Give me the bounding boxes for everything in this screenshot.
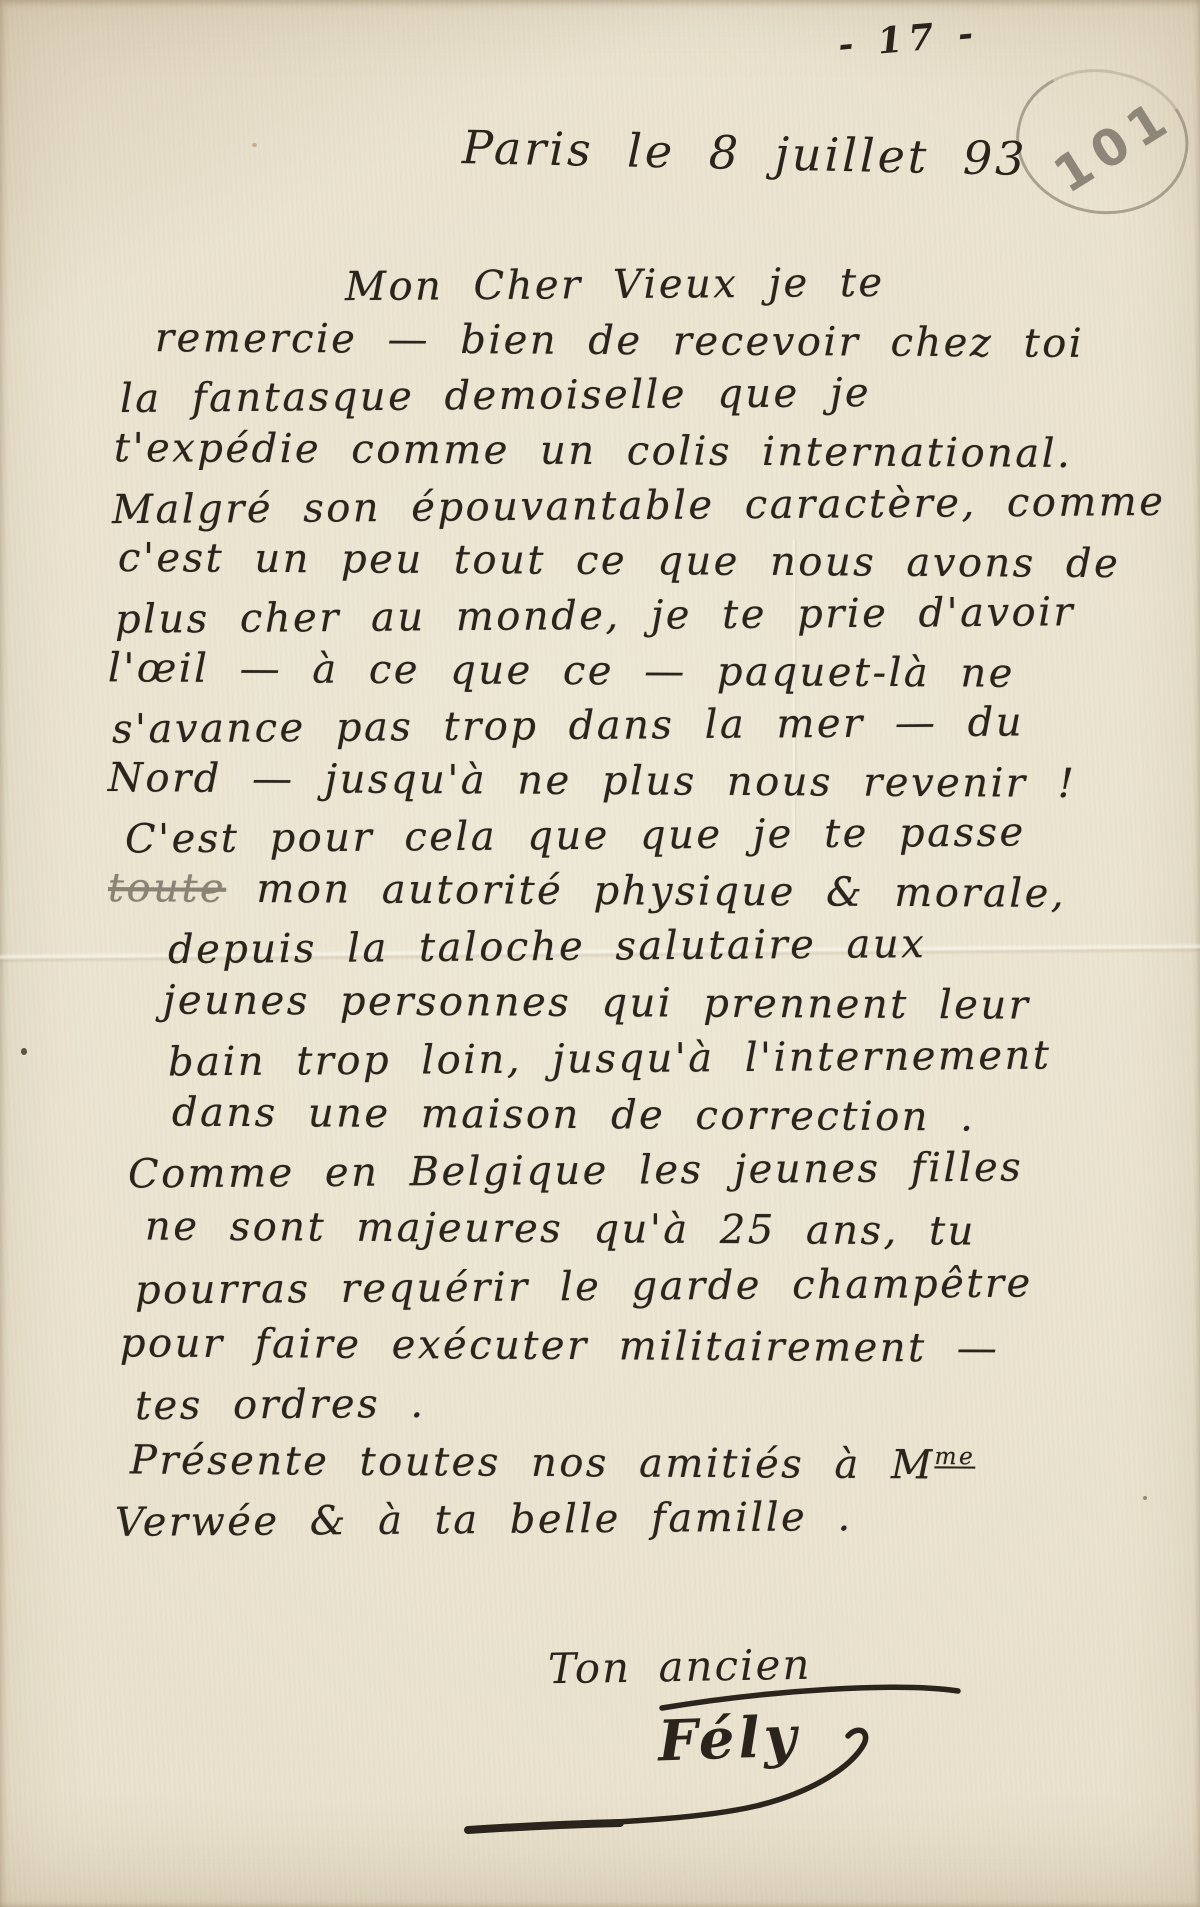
letter-line-22-text: Présente toutes nos amitiés à M	[130, 1437, 935, 1488]
mme-superscript: me	[934, 1443, 975, 1470]
paper-speck	[252, 143, 257, 147]
letter-line-13: depuis la taloche salutaire aux	[168, 921, 927, 973]
letter-line-6: c'est un peu tout ce que nous avons de	[118, 535, 1121, 587]
paper-speck	[1143, 1496, 1147, 1500]
letter-line-4: t'expédie comme un colis international.	[114, 425, 1073, 477]
letter-line-16: dans une maison de correction .	[172, 1090, 976, 1141]
letter-line-22: Présente toutes nos amitiés à Mme	[130, 1437, 975, 1488]
letter-line-21: tes ordres .	[135, 1381, 426, 1429]
letter-line-8: l'œil — à ce que ce — paquet-là ne	[108, 645, 1015, 697]
letter-line-15: bain trop loin, jusqu'à l'internement	[168, 1033, 1052, 1086]
letter-line-10: Nord — jusqu'à ne plus nous revenir !	[108, 755, 1077, 807]
letter-line-11: C'est pour cela que que je te passe	[125, 809, 1026, 862]
letter-line-20: pour faire exécuter militairement —	[120, 1320, 1000, 1371]
struck-word: toute	[108, 865, 226, 912]
letter-line-12: toute mon autorité physique & morale,	[108, 865, 1066, 917]
paper-speck	[21, 1048, 27, 1055]
letter-line-5: Malgré son épouvantable caractère, comme	[112, 479, 1166, 533]
dateline: Paris le 8 juillet 93	[461, 120, 1028, 186]
letter-line-12-text: mon autorité physique & morale,	[256, 866, 1066, 917]
letter-line-17: Comme en Belgique les jeunes filles	[128, 1144, 1024, 1197]
letter-line-3: la fantasque demoiselle que je	[120, 370, 871, 422]
signature: Fély	[657, 1704, 801, 1775]
letter-line-7: plus cher au monde, je te prie d'avoir	[115, 589, 1075, 643]
letter-line-23: Verwée & à ta belle famille .	[115, 1494, 853, 1546]
letter-line-19: pourras requérir le garde champêtre	[135, 1260, 1033, 1313]
letter-line-1: Mon Cher Vieux je te	[345, 260, 885, 310]
letter-line-14: jeunes personnes qui prennent leur	[163, 977, 1031, 1028]
page-number: - 17 -	[836, 12, 980, 66]
letter-line-2: remercie — bien de recevoir chez toi	[155, 315, 1084, 367]
pencil-inventory-stamp: 101	[1001, 51, 1200, 232]
letter-page: - 17 - 101 Paris le 8 juillet 93 Mon Che…	[0, 0, 1200, 1907]
letter-line-9: s'avance pas trop dans la mer — du	[112, 699, 1024, 752]
closing: Ton ancien	[548, 1640, 812, 1694]
letter-line-18: ne sont majeures qu'à 25 ans, tu	[145, 1203, 976, 1254]
